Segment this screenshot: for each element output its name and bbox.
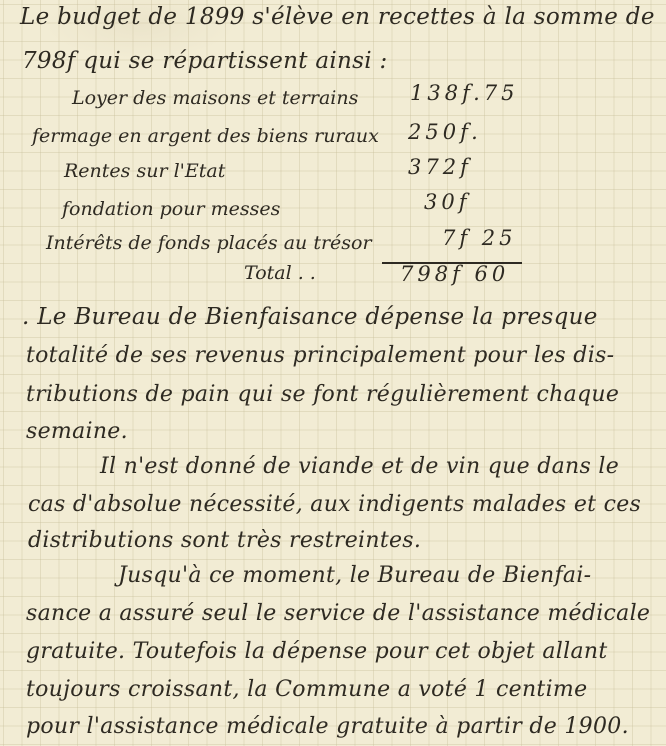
total-amount: 798f 60	[400, 264, 509, 285]
graph-paper-background	[0, 0, 666, 746]
intro-line-2: 798f qui se répartissent ainsi :	[22, 50, 388, 73]
budget-row-amount: 7f 25	[442, 228, 517, 249]
paragraph-line: totalité de ses revenus principalement p…	[26, 345, 614, 367]
budget-row-label: Intérêts de fonds placés au trésor	[46, 234, 372, 253]
budget-row-amount: 372f	[408, 157, 472, 178]
paragraph-line: tributions de pain qui se font régulière…	[26, 384, 619, 406]
budget-row-amount: 30f	[424, 192, 471, 213]
paragraph-line: gratuite. Toutefois la dépense pour cet …	[26, 641, 607, 663]
paragraph-line: semaine.	[26, 421, 128, 443]
paragraph-line: pour l'assistance médicale gratuite à pa…	[26, 716, 629, 738]
paragraph-line: cas d'absolue nécessité, aux indigents m…	[28, 494, 641, 516]
budget-row-label: Loyer des maisons et terrains	[72, 89, 358, 108]
budget-row-label: fermage en argent des biens ruraux	[32, 127, 379, 146]
budget-row-amount: 250f.	[408, 122, 482, 143]
total-label: Total . .	[244, 264, 316, 283]
paragraph-line: sance a assuré seul le service de l'assi…	[26, 603, 650, 625]
paragraph-line: distributions sont très restreintes.	[28, 530, 421, 552]
budget-row-label: fondation pour messes	[62, 200, 280, 219]
paragraph-line: Jusqu'à ce moment, le Bureau de Bienfai-	[118, 565, 591, 587]
paragraph-line: . Le Bureau de Bienfaisance dépense la p…	[22, 306, 598, 329]
paragraph-line: toujours croissant, la Commune a voté 1 …	[26, 679, 587, 701]
intro-line-1: Le budget de 1899 s'élève en recettes à …	[20, 6, 655, 29]
paragraph-line: Il n'est donné de viande et de vin que d…	[100, 456, 619, 478]
budget-row-amount: 138f.75	[410, 83, 519, 104]
budget-row-label: Rentes sur l'Etat	[64, 162, 225, 181]
